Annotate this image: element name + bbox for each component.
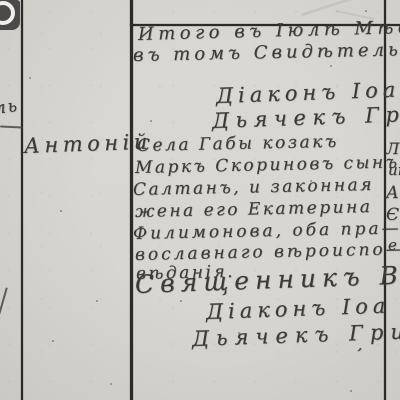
hw-left-edge-fragment: ль <box>0 98 20 118</box>
scanned-register-page: Итого въ Іюлѣ Мѣсяц въ томъ Свидѣтельств… <box>0 0 400 400</box>
hw-right-fragment-4: Є <box>386 207 399 224</box>
hw-right-fragment-2: ит <box>388 163 400 178</box>
hw-entry-line-6: вославнаго вѣроиспо— <box>135 241 400 264</box>
hw-summary-line-2: въ томъ Свидѣтельств <box>133 40 400 65</box>
flourish-stroke <box>0 125 23 128</box>
viewer-logo-badge <box>0 0 20 30</box>
hw-sexton-signature-bottom: Дьячекъ Гри <box>192 321 400 350</box>
hw-deacon-signature-bottom: Діаконъ Іоа <box>206 296 391 323</box>
hw-entry-line-2: Маркъ Скориновъ сынъ <box>135 154 400 177</box>
hw-entry-line-1: Села Габы козакъ <box>137 134 339 155</box>
partial-circle-icon <box>0 1 15 25</box>
hw-entry-line-3: Салтанъ, и законная <box>133 177 374 199</box>
stray-pen-stroke <box>0 287 7 314</box>
hw-right-fragment-1: Ль <box>386 141 400 157</box>
hw-entry-line-4: жена его Екатерина <box>135 199 373 221</box>
hw-stray-comma-mark: ’ <box>354 346 362 362</box>
hw-sexton-signature-top: Дьячекъ Гри <box>212 104 400 132</box>
hw-name-antoniy: Антоній <box>24 132 153 157</box>
handwriting-layer: Итого въ Іюлѣ Мѣсяц въ томъ Свидѣтельств… <box>0 0 400 400</box>
hw-right-fragment-3: А <box>386 185 399 202</box>
hw-right-fragment-5: е <box>388 238 397 253</box>
